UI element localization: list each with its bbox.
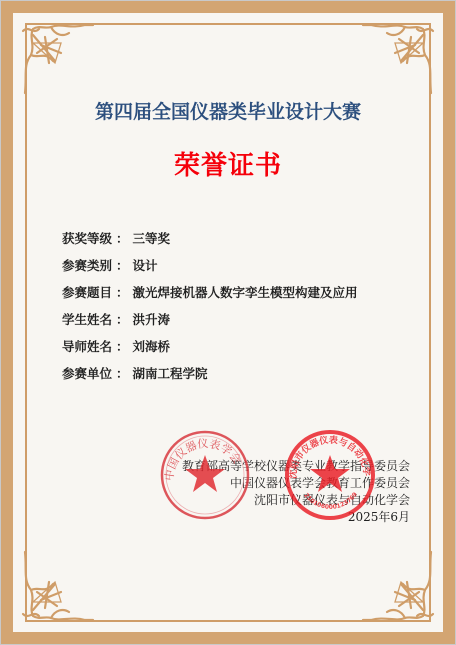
- field-value: 湖南工程学院: [133, 364, 208, 391]
- award-details: 获奖等级：三等奖 参赛类别：设计 参赛题目：激光焊接机器人数字孪生模型构建及应用…: [62, 229, 358, 391]
- field-student-name: 学生姓名：洪升涛: [62, 310, 358, 337]
- field-value: 激光焊接机器人数字孪生模型构建及应用: [133, 283, 358, 310]
- field-value: 刘海桥: [133, 337, 171, 364]
- field-label: 导师姓名: [62, 337, 112, 364]
- field-label: 获奖等级: [62, 229, 112, 256]
- field-label: 参赛题目: [62, 283, 112, 310]
- field-value: 设计: [133, 256, 158, 283]
- field-topic: 参赛题目：激光焊接机器人数字孪生模型构建及应用: [62, 283, 358, 310]
- field-label: 参赛类别: [62, 256, 112, 283]
- corner-ornament-icon: [15, 550, 95, 630]
- certificate-frame: 第四届全国仪器类毕业设计大赛 荣誉证书 获奖等级：三等奖 参赛类别：设计 参赛题…: [1, 1, 455, 644]
- corner-ornament-icon: [361, 550, 441, 630]
- competition-title: 第四届全国仪器类毕业设计大赛: [1, 97, 455, 124]
- field-institution: 参赛单位：湖南工程学院: [62, 364, 358, 391]
- official-seal-right-icon: 沈阳市仪器仪表与自动化学会 2101060001237692: [284, 429, 376, 521]
- field-award-level: 获奖等级：三等奖: [62, 229, 358, 256]
- field-value: 洪升涛: [133, 310, 171, 337]
- corner-ornament-icon: [15, 15, 95, 95]
- official-seal-left-icon: 中国仪器仪表学会: [159, 429, 251, 521]
- field-category: 参赛类别：设计: [62, 256, 358, 283]
- corner-ornament-icon: [361, 15, 441, 95]
- certificate-heading: 荣誉证书: [1, 145, 455, 182]
- field-value: 三等奖: [133, 229, 171, 256]
- field-label: 学生姓名: [62, 310, 112, 337]
- field-advisor-name: 导师姓名：刘海桥: [62, 337, 358, 364]
- field-label: 参赛单位: [62, 364, 112, 391]
